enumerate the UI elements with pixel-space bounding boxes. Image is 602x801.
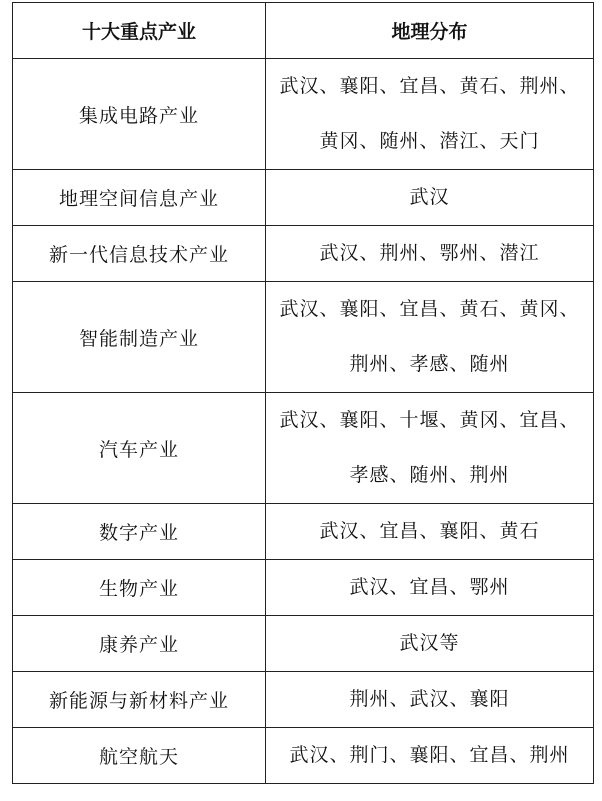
table-row: 生物产业 武汉、宜昌、鄂州 (13, 560, 594, 616)
table-row: 汽车产业 武汉、襄阳、十堰、黄冈、宜昌、孝感、随州、荆州 (13, 393, 594, 504)
distribution-cell: 武汉、荆门、襄阳、宜昌、荆州 (266, 728, 594, 784)
table-row: 智能制造产业 武汉、襄阳、宜昌、黄石、黄冈、荆州、孝感、随州 (13, 282, 594, 393)
distribution-cell: 武汉、宜昌、襄阳、黄石 (266, 504, 594, 560)
distribution-cell: 武汉等 (266, 616, 594, 672)
table-row: 新能源与新材料产业 荆州、武汉、襄阳 (13, 672, 594, 728)
header-distribution: 地理分布 (266, 3, 594, 59)
distribution-cell: 武汉、襄阳、十堰、黄冈、宜昌、孝感、随州、荆州 (266, 393, 594, 504)
table-row: 数字产业 武汉、宜昌、襄阳、黄石 (13, 504, 594, 560)
table-row: 地理空间信息产业 武汉 (13, 170, 594, 226)
industry-cell: 数字产业 (13, 504, 266, 560)
distribution-cell: 武汉、襄阳、宜昌、黄石、黄冈、荆州、孝感、随州 (266, 282, 594, 393)
header-industry: 十大重点产业 (13, 3, 266, 59)
industry-cell: 航空航天 (13, 728, 266, 784)
distribution-cell: 武汉、荆州、鄂州、潜江 (266, 226, 594, 282)
distribution-cell: 武汉、襄阳、宜昌、黄石、荆州、黄冈、随州、潜江、天门 (266, 59, 594, 170)
table-header-row: 十大重点产业 地理分布 (13, 3, 594, 59)
industry-distribution-table: 十大重点产业 地理分布 集成电路产业 武汉、襄阳、宜昌、黄石、荆州、黄冈、随州、… (12, 2, 594, 784)
distribution-cell: 荆州、武汉、襄阳 (266, 672, 594, 728)
industry-cell: 集成电路产业 (13, 59, 266, 170)
distribution-cell: 武汉 (266, 170, 594, 226)
industry-cell: 生物产业 (13, 560, 266, 616)
industry-cell: 康养产业 (13, 616, 266, 672)
industry-cell: 汽车产业 (13, 393, 266, 504)
industry-cell: 地理空间信息产业 (13, 170, 266, 226)
table-row: 集成电路产业 武汉、襄阳、宜昌、黄石、荆州、黄冈、随州、潜江、天门 (13, 59, 594, 170)
table-row: 航空航天 武汉、荆门、襄阳、宜昌、荆州 (13, 728, 594, 784)
table-row: 康养产业 武汉等 (13, 616, 594, 672)
industry-cell: 新一代信息技术产业 (13, 226, 266, 282)
industry-cell: 新能源与新材料产业 (13, 672, 266, 728)
table-row: 新一代信息技术产业 武汉、荆州、鄂州、潜江 (13, 226, 594, 282)
distribution-cell: 武汉、宜昌、鄂州 (266, 560, 594, 616)
industry-cell: 智能制造产业 (13, 282, 266, 393)
